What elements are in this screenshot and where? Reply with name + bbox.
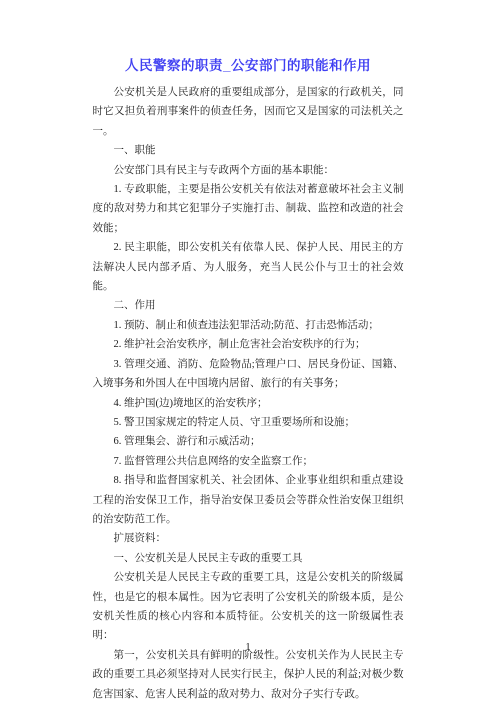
paragraph: 8. 指导和监督国家机关、社会团体、企业事业组织和重点建设工程的治安保卫工作，指…: [93, 471, 404, 529]
paragraph-intro: 公安机关是人民政府的重要组成部分，是国家的行政机关，同时它又担负着刑事案件的侦查…: [93, 83, 404, 141]
section-heading-roles: 二、作用: [93, 296, 404, 315]
section-heading-functions: 一、职能: [93, 141, 404, 160]
paragraph: 3. 管理交通、消防、危险物品;管理户口、居民身份证、国籍、入境事务和外国人在中…: [93, 355, 404, 394]
document-title: 人民警察的职责_公安部门的职能和作用: [0, 0, 496, 83]
page-number: 1: [0, 642, 496, 653]
paragraph: 2. 维护社会治安秩序，制止危害社会治安秩序的行为；: [93, 335, 404, 354]
document-page: 人民警察的职责_公安部门的职能和作用 公安机关是人民政府的重要组成部分，是国家的…: [0, 0, 496, 702]
paragraph: 公安部门具有民主与专政两个方面的基本职能：: [93, 161, 404, 180]
paragraph: 公安机关是人民民主专政的重要工具，这是公安机关的阶级属性，也是它的根本属性。因为…: [93, 568, 404, 646]
paragraph: 5. 警卫国家规定的特定人员、守卫重要场所和设施；: [93, 413, 404, 432]
subsection-heading: 一、公安机关是人民民主专政的重要工具: [93, 549, 404, 568]
paragraph: 6. 管理集会、游行和示威活动；: [93, 432, 404, 451]
paragraph: 4. 维护国(边)境地区的治安秩序；: [93, 394, 404, 413]
section-heading-extended-info: 扩展资料：: [93, 529, 404, 548]
paragraph: 第一，公安机关具有鲜明的阶级性。公安机关作为人民民主专政的重要工具必须坚持对人民…: [93, 646, 404, 702]
paragraph: 2. 民主职能，即公安机关有依靠人民、保护人民、用民主的方法解决人民内部矛盾、为…: [93, 238, 404, 296]
paragraph: 1. 预防、制止和侦查违法犯罪活动;防范、打击恐怖活动；: [93, 316, 404, 335]
document-body: 公安机关是人民政府的重要组成部分，是国家的行政机关，同时它又担负着刑事案件的侦查…: [93, 83, 404, 702]
paragraph: 1. 专政职能，主要是指公安机关有依法对蓄意破坏社会主义制度的敌对势力和其它犯罪…: [93, 180, 404, 238]
paragraph: 7. 监督管理公共信息网络的安全监察工作；: [93, 452, 404, 471]
